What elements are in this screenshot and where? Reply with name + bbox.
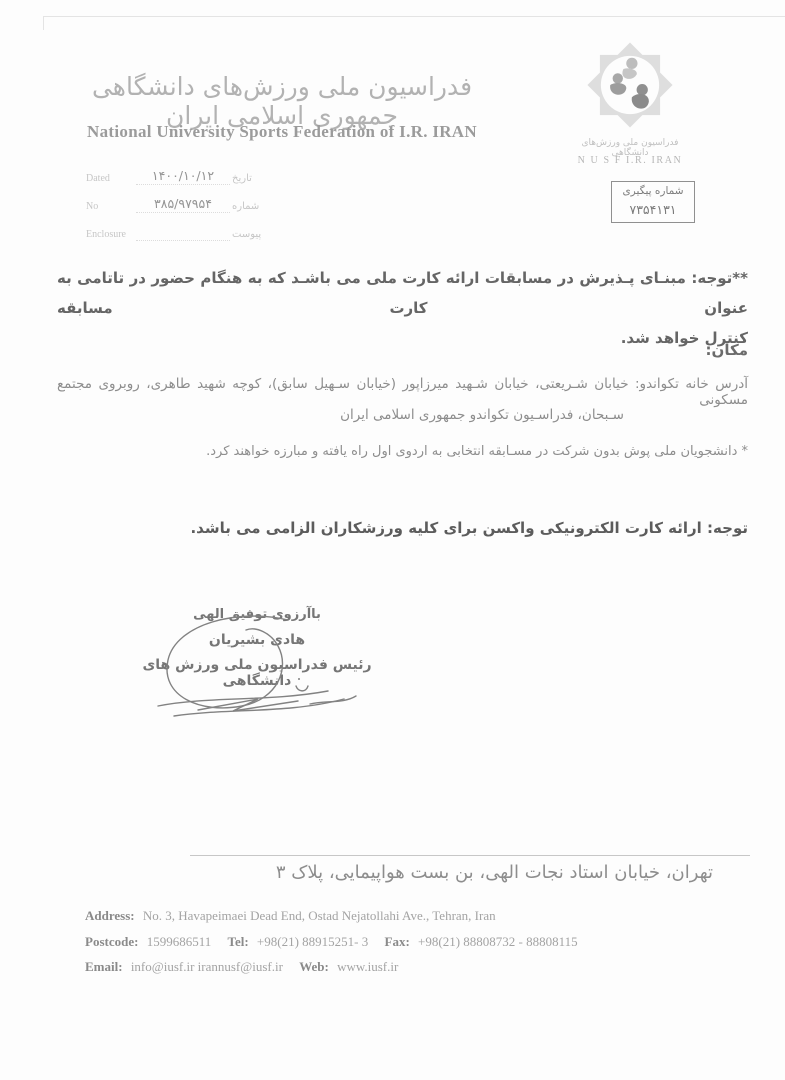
scan-edge-line xyxy=(43,16,785,17)
number-label-en: No xyxy=(86,201,136,213)
footer-phone-row: Postcode: 1599686511 Tel: +98(21) 889152… xyxy=(85,929,591,955)
number-label-fa: شماره xyxy=(230,201,262,213)
scanned-letter-page: فدراسیون ملی ورزش‌های دانشگاهی جمهوری اس… xyxy=(0,0,785,1080)
enclosure-label-en: Enclosure xyxy=(86,229,136,241)
footer-email-label: Email: xyxy=(85,959,123,974)
footer-address-row: Address: No. 3, Havapeimaei Dead End, Os… xyxy=(85,903,591,929)
tracking-number-value: ۷۳۵۴۱۳۱ xyxy=(612,202,694,217)
tracking-number-label: شماره پیگیری xyxy=(612,185,694,198)
footer-postcode-label: Postcode: xyxy=(85,934,138,949)
admission-notice-paragraph: **توجه: مبنـای پـذیرش در مسابقات ارائه ک… xyxy=(57,263,748,353)
venue-address-line1: آدرس خانه تکواندو: خیابان شـریعتی، خیابا… xyxy=(57,376,748,408)
footer-address-value: No. 3, Havapeimaei Dead End, Ostad Nejat… xyxy=(143,908,496,923)
number-value: ۳۸۵/۹۷۹۵۴ xyxy=(136,196,230,213)
enclosure-label-fa: پیوست xyxy=(230,229,262,241)
footer-web-value: www.iusf.ir xyxy=(337,959,398,974)
tracking-number-box: شماره پیگیری ۷۳۵۴۱۳۱ xyxy=(611,181,695,223)
nusf-star-logo-icon xyxy=(583,36,677,134)
dated-value: ۱۴۰۰/۱۰/۱۲ xyxy=(136,168,230,185)
enclosure-field-row: Enclosure پیوست xyxy=(86,213,262,241)
footer-tel-value: +98(21) 88915251- 3 xyxy=(257,934,368,949)
footer-contact-block: Address: No. 3, Havapeimaei Dead End, Os… xyxy=(85,903,591,980)
footer-postcode-value: 1599686511 xyxy=(147,934,212,949)
letterhead-title-en: National University Sports Federation of… xyxy=(64,122,500,142)
footer-fax-label: Fax: xyxy=(385,934,410,949)
footer-tel-label: Tel: xyxy=(227,934,248,949)
letter-meta-fields: Dated ۱۴۰۰/۱۰/۱۲ تاریخ No ۳۸۵/۹۷۹۵۴ شمار… xyxy=(86,157,262,241)
dated-field-row: Dated ۱۴۰۰/۱۰/۱۲ تاریخ xyxy=(86,157,262,185)
national-team-note: * دانشجویان ملی پوش بدون شرکت در مسـابقه… xyxy=(57,444,748,459)
vaccine-card-notice: توجه: ارائه کارت الکترونیکی واکسن برای ک… xyxy=(57,519,748,537)
footer-email-row: Email: info@iusf.ir irannusf@iusf.ir Web… xyxy=(85,954,591,980)
dated-label-fa: تاریخ xyxy=(230,173,262,185)
scan-edge-tick xyxy=(43,16,44,30)
footer-address-label: Address: xyxy=(85,908,135,923)
logo-caption-en: N U S F I.R. IRAN xyxy=(568,155,692,166)
dated-label-en: Dated xyxy=(86,173,136,185)
number-field-row: No ۳۸۵/۹۷۹۵۴ شماره xyxy=(86,185,262,213)
location-heading: مکان: xyxy=(57,341,748,359)
admission-notice-line1: **توجه: مبنـای پـذیرش در مسابقات ارائه ک… xyxy=(57,263,748,323)
handwritten-signature-icon xyxy=(138,606,378,738)
enclosure-value xyxy=(136,240,230,241)
footer-divider xyxy=(190,855,750,856)
footer-web-label: Web: xyxy=(299,959,329,974)
footer-address-fa: تهران، خیابان استاد نجات الهی، بن بست هو… xyxy=(276,862,713,883)
footer-fax-value: +98(21) 88808732 - 88808115 xyxy=(418,934,578,949)
footer-email-value: info@iusf.ir irannusf@iusf.ir xyxy=(131,959,283,974)
venue-address-line2: سـبحان، فدراسـیون تکواندو جمهوری اسلامی … xyxy=(57,407,748,423)
